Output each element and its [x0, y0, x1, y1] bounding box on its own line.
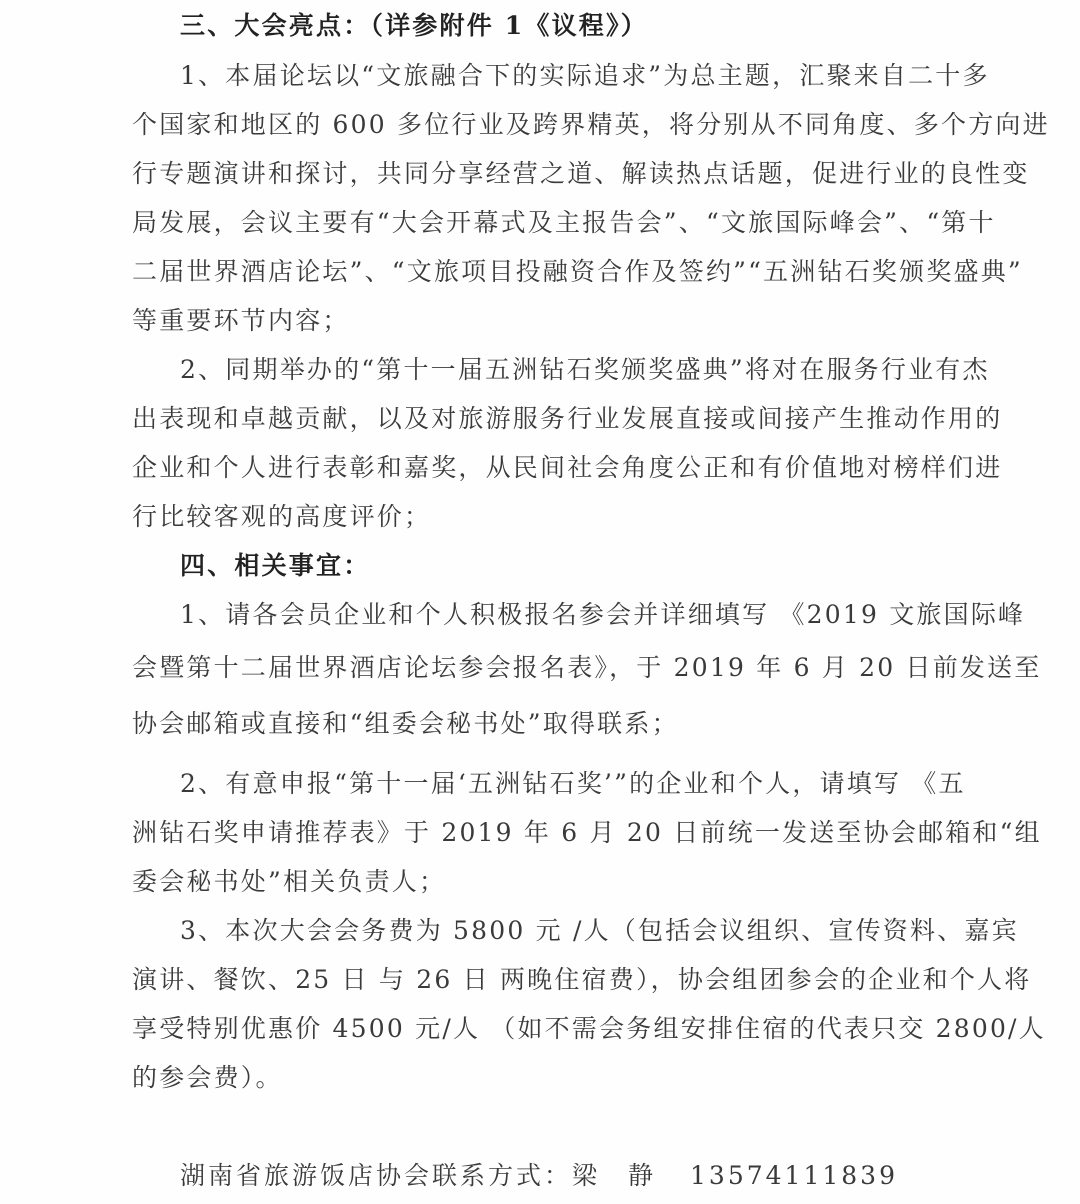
paragraph-line: 演讲、餐饮、25 日 与 26 日 两晚住宿费），协会组团参会的企业和个人将: [132, 964, 952, 996]
contact-line: 湖南省旅游饭店协会联系方式：梁 静13574111839: [180, 1160, 1000, 1192]
document-page: 三、大会亮点：（详参附件 1《议程》） 1、本届论坛以“文旅融合下的实际追求”为…: [0, 0, 1080, 1204]
paragraph-line: 2、有意申报“第十一届‘五洲钻石奖’”的企业和个人，请填写 《五: [180, 768, 952, 800]
paragraph-line: 会暨第十二届世界酒店论坛参会报名表》，于 2019 年 6 月 20 日前发送至: [132, 652, 952, 684]
contact-name: 梁 静: [572, 1161, 656, 1190]
paragraph-line: 行专题演讲和探讨，共同分享经营之道、解读热点话题，促进行业的良性变: [132, 158, 952, 190]
paragraph-line: 行比较客观的高度评价；: [132, 501, 952, 533]
paragraph-line: 洲钻石奖申请推荐表》于 2019 年 6 月 20 日前统一发送至协会邮箱和“组: [132, 817, 952, 849]
paragraph-line: 1、本届论坛以“文旅融合下的实际追求”为总主题，汇聚来自二十多: [180, 60, 952, 92]
paragraph-line: 等重要环节内容；: [132, 305, 952, 337]
contact-label: 湖南省旅游饭店协会联系方式：: [180, 1161, 572, 1190]
section-heading-related-matters: 四、相关事宜：: [180, 550, 952, 582]
paragraph-line: 的参会费）。: [132, 1062, 952, 1094]
paragraph-line: 出表现和卓越贡献，以及对旅游服务行业发展直接或间接产生推动作用的: [132, 403, 952, 435]
paragraph-line: 协会邮箱或直接和“组委会秘书处”取得联系；: [132, 708, 952, 740]
paragraph-line: 委会秘书处”相关负责人；: [132, 866, 952, 898]
paragraph-line: 1、请各会员企业和个人积极报名参会并详细填写 《2019 文旅国际峰: [180, 599, 952, 631]
paragraph-line: 企业和个人进行表彰和嘉奖，从民间社会角度公正和有价值地对榜样们进: [132, 452, 952, 484]
paragraph-line: 3、本次大会会务费为 5800 元 /人（包括会议组织、宣传资料、嘉宾: [180, 915, 952, 947]
paragraph-line: 个国家和地区的 600 多位行业及跨界精英，将分别从不同角度、多个方向进: [132, 109, 952, 141]
paragraph-line: 局发展，会议主要有“大会开幕式及主报告会”、“文旅国际峰会”、“第十: [132, 207, 952, 239]
paragraph-line: 2、同期举办的“第十一届五洲钻石奖颁奖盛典”将对在服务行业有杰: [180, 354, 952, 386]
paragraph-line: 享受特别优惠价 4500 元/人 （如不需会务组安排住宿的代表只交 2800/人: [132, 1013, 952, 1045]
section-heading-highlights: 三、大会亮点：（详参附件 1《议程》）: [180, 10, 952, 42]
contact-phone: 13574111839: [690, 1161, 898, 1190]
paragraph-line: 二届世界酒店论坛”、“文旅项目投融资合作及签约”“五洲钻石奖颁奖盛典”: [132, 256, 952, 288]
